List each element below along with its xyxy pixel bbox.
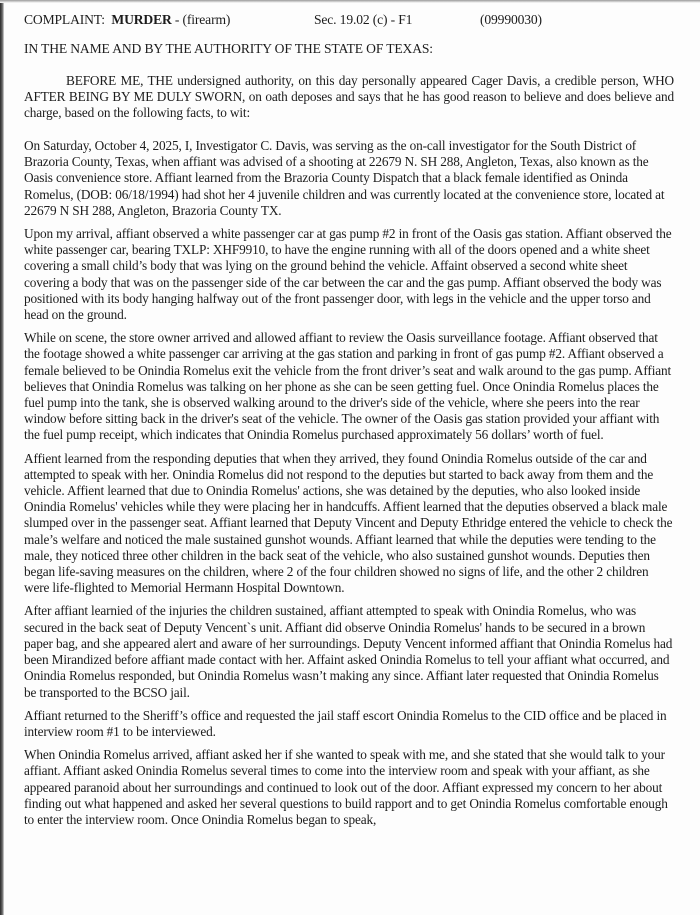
document-page: COMPLAINT: MURDER - (firearm) Sec. 19.02… [0,0,700,915]
intro-paragraph: BEFORE ME, THE undersigned authority, on… [24,73,674,122]
scan-edge-shadow [0,0,4,915]
offense-name: MURDER [111,12,171,27]
facts-paragraph-1: On Saturday, October 4, 2025, I, Investi… [24,138,674,219]
authority-line: IN THE NAME AND BY THE AUTHORITY OF THE … [24,41,433,57]
offense-detail: - (firearm) [172,12,231,27]
facts-section: On Saturday, October 4, 2025, I, Investi… [24,138,674,835]
facts-paragraph-7: When Onindia Romelus arrived, affiant as… [24,747,674,828]
facts-paragraph-2: Upon my arrival, affiant observed a whit… [24,226,674,323]
complaint-label: COMPLAINT: [24,12,105,27]
offense-code: (09990030) [480,12,542,28]
statute-section: Sec. 19.02 (c) - F1 [314,12,412,28]
complaint-header: COMPLAINT: MURDER - (firearm) Sec. 19.02… [24,12,674,30]
facts-paragraph-3: While on scene, the store owner arrived … [24,330,674,443]
facts-paragraph-5: After affiant learnied of the injuries t… [24,603,674,700]
facts-paragraph-6: Affiant returned to the Sheriff’s office… [24,708,674,740]
complaint-title: COMPLAINT: MURDER - (firearm) [24,12,230,28]
scan-top-edge [0,0,700,3]
facts-paragraph-4: Affient learned from the responding depu… [24,451,674,597]
